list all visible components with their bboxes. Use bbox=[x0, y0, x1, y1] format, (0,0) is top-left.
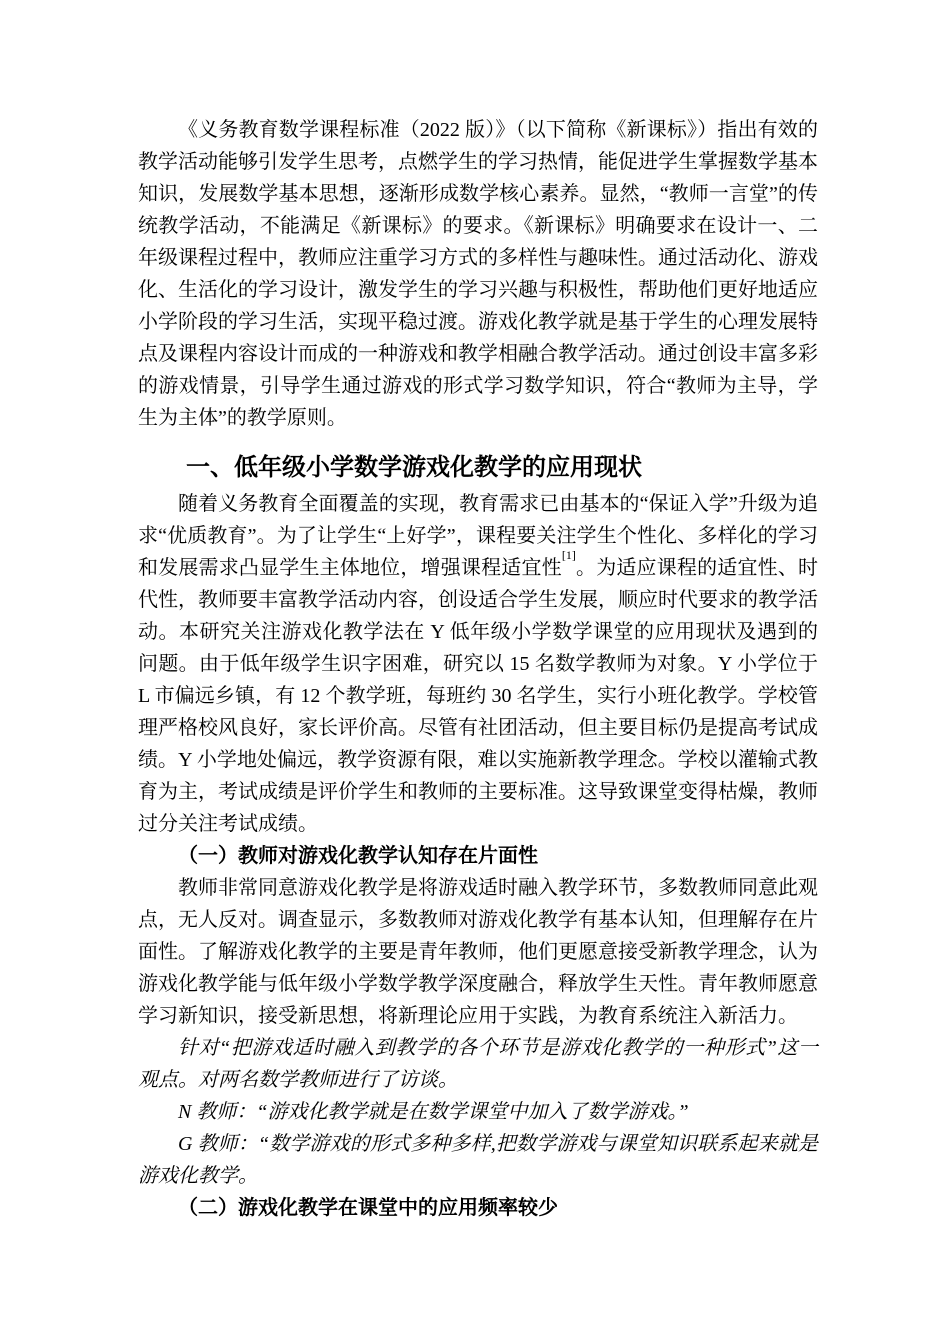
teacher-n-quote: N 教师：“游戏化教学就是在数学课堂中加入了数学游戏。” bbox=[138, 1096, 818, 1128]
overview-text-after-ref: 。为适应课程的适宜性、时代性，教师要丰富教学活动内容，创设适合学生发展，顺应时代… bbox=[138, 557, 818, 835]
subsection1-paragraph: 教师非常同意游戏化教学是将游戏适时融入教学环节，多数教师同意此观点，无人反对。调… bbox=[138, 872, 818, 1032]
subsection1-heading: （一）教师对游戏化教学认知存在片面性 bbox=[138, 840, 818, 872]
footnote-ref-marker: [1] bbox=[562, 548, 576, 562]
teacher-g-quote: G 教师：“数学游戏的形式多种多样,把数学游戏与课堂知识联系起来就是游戏化教学。 bbox=[138, 1128, 818, 1192]
intro-paragraph: 《义务教育数学课程标准（2022 版）》（以下简称《新课标》）指出有效的教学活动… bbox=[138, 114, 818, 434]
document-page: 《义务教育数学课程标准（2022 版）》（以下简称《新课标》）指出有效的教学活动… bbox=[0, 0, 950, 1344]
section1-overview-paragraph: 随着义务教育全面覆盖的实现，教育需求已由基本的“保证入学”升级为追求“优质教育”… bbox=[138, 488, 818, 840]
section1-heading: 一、低年级小学数学游戏化教学的应用现状 bbox=[138, 448, 818, 488]
interview-intro-paragraph: 针对“把游戏适时融入到教学的各个环节是游戏化教学的一种形式”这一观点。对两名数学… bbox=[138, 1032, 818, 1096]
subsection2-heading: （二）游戏化教学在课堂中的应用频率较少 bbox=[138, 1192, 818, 1224]
